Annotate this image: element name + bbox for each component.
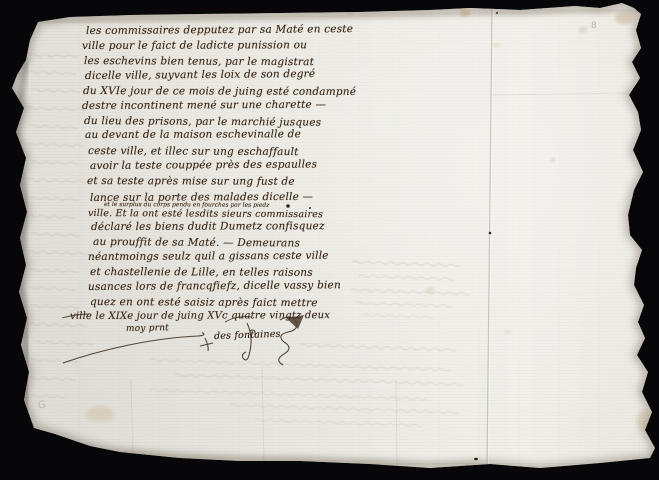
manuscript-line: ville. Et la ont esté lesdits sieurs com… bbox=[88, 208, 323, 220]
closing-note: moy prnt bbox=[126, 323, 169, 334]
manuscript-line: du XVIe jour de ce mois de juing esté co… bbox=[83, 85, 356, 98]
manuscript-line: déclaré les biens dudit Dumetz confisque… bbox=[91, 220, 325, 233]
signature: des fontaines bbox=[214, 329, 281, 342]
manuscript-line: au prouffit de sa Maté. — Demeurans bbox=[93, 236, 300, 249]
manuscript-line: et chastellenie de Lille, en telles rais… bbox=[90, 266, 313, 279]
manuscript-line: au devant de la maison eschevinalle de bbox=[85, 128, 301, 141]
manuscript-line: avoir la teste couppée près des espaulle… bbox=[90, 158, 317, 172]
stain-spot bbox=[505, 330, 511, 334]
stain-spot bbox=[551, 158, 555, 162]
manuscript-line: ville le XIXe jour de juing XVc quatre v… bbox=[70, 310, 330, 322]
manuscript-line: usances lors de francqfiefz, dicelle vas… bbox=[88, 279, 341, 293]
manuscript-line: les commissaires depputez par sa Maté en… bbox=[86, 23, 353, 37]
stain-spot bbox=[615, 12, 635, 24]
stain-spot bbox=[579, 27, 587, 33]
manuscript-line: du lieu des prisons, par le marchié jusq… bbox=[84, 115, 321, 129]
manuscript-line: dicelle ville, suyvant les loix de son d… bbox=[85, 68, 315, 82]
stain-spot bbox=[86, 406, 114, 422]
interlinear-addition: et le surplus du corps pendu en fourches… bbox=[104, 201, 269, 209]
manuscript-line: quez en ont esté saisiz après faict mett… bbox=[90, 296, 318, 309]
photograph-of-manuscript: les commissaires depputez par sa Maté en… bbox=[0, 0, 659, 480]
archival-pencil-mark: G bbox=[37, 400, 46, 412]
manuscript-line: ceste ville, et illec sur ung eschaffaul… bbox=[88, 145, 299, 158]
stain-spot bbox=[494, 43, 500, 47]
manuscript-line: néantmoings seulz quil a gissans ceste v… bbox=[88, 250, 329, 263]
archival-pencil-mark: 8 bbox=[591, 21, 597, 31]
manuscript-line: les eschevins bien tenus, par le magistr… bbox=[84, 55, 314, 68]
stain-spot bbox=[460, 10, 470, 16]
manuscript-line: ville pour le faict de ladicte punission… bbox=[82, 39, 307, 52]
manuscript-line: destre incontinent mené sur une charette… bbox=[82, 99, 326, 112]
manuscript-line: et sa teste après mise sur ung fust de bbox=[87, 175, 295, 188]
